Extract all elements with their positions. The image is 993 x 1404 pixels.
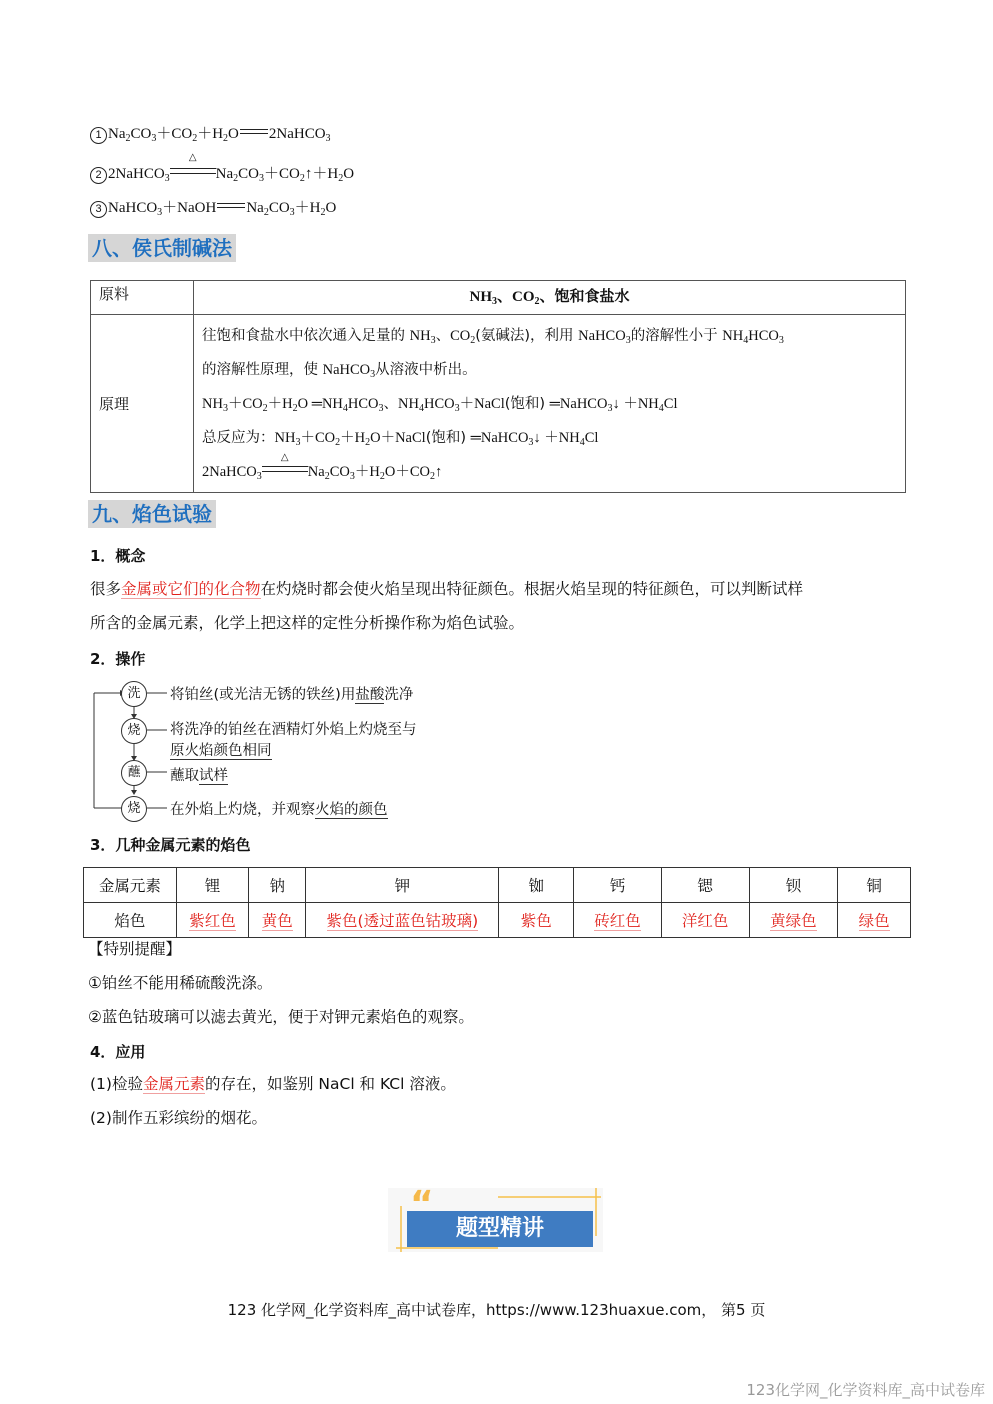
header-cell: 锂 [176,868,249,903]
table-row: 原料 NH3、CO2、饱和食盐水 [91,281,906,315]
application-heading: 4．应用 [90,1041,145,1062]
flame-colors-heading: 3．几种金属元素的焰色 [90,834,250,855]
banner-label: 题型精讲 [407,1212,593,1246]
flow-connectors-icon [147,678,169,828]
flow-node-burn-1: 烧 [121,718,147,744]
flame-color-table: 金属元素 锂 钠 钾 铷 钙 锶 钡 铜 焰色 紫红色 黄色 紫色(透过蓝色钴玻… [83,867,911,938]
header-cell: 金属元素 [84,868,177,903]
flow-step-1: 将铂丝(或光洁无锈的铁丝)用盐酸洗净 [170,683,413,704]
equation-2: 22NaHCO3△Na2CO3＋CO2↑＋H2O [90,162,354,184]
header-cell: 钡 [749,868,838,903]
equation-3: 3NaHCO3＋NaOHNa2CO3＋H2O [90,196,336,218]
heat-condition-icon: △ [262,441,308,475]
section-8-heading: 八、侯氏制碱法 [88,232,236,261]
equation-1: 1Na2CO3＋CO2＋H2O2NaHCO3 [90,122,331,144]
label-principle: 原理 [91,315,194,493]
section-9-heading: 九、焰色试验 [88,498,216,527]
label-raw-materials: 原料 [91,281,194,315]
circled-number-2: 2 [90,167,107,184]
circled-number-1: 1 [90,127,107,144]
header-cell: 锶 [661,868,749,903]
flow-node-dip: 蘸 [121,760,147,786]
flow-node-burn-2: 烧 [121,796,147,822]
flow-step-4: 在外焰上灼烧，并观察火焰的颜色 [170,798,388,819]
header-cell: 钾 [306,868,499,903]
application-list: (1)检验金属元素的存在，如鉴别 NaCl 和 KCl 溶液。 (2)制作五彩缤… [90,1067,910,1135]
header-cell: 钠 [249,868,306,903]
flow-step-2-cont: 原火焰颜色相同 [170,739,272,760]
question-types-banner: “ 题型精讲 [388,1188,603,1252]
watermark: 123化学网_化学资料库_高中试卷库 [746,1379,985,1400]
reminder-item-2: ②蓝色钴玻璃可以滤去黄光，便于对钾元素焰色的观察。 [88,1000,908,1034]
operation-flowchart: 洗 烧 蘸 烧 将铂丝(或光洁无锈的铁丝)用盐酸洗净 将洗净的铂丝在酒精灯外焰上… [90,678,450,828]
concept-paragraph: 很多金属或它们的化合物在灼烧时都会使火焰呈现出特征颜色。根据火焰呈现的特征颜色，… [90,572,910,640]
application-item-1: (1)检验金属元素的存在，如鉴别 NaCl 和 KCl 溶液。 [90,1067,910,1101]
principle-line-2: 的溶解性原理，使 NaHCO3从溶液中析出。 [202,353,897,387]
highlight-metal-compounds: 金属或它们的化合物 [121,580,261,599]
concept-line-2: 所含的金属元素，化学上把这样的定性分析操作称为焰色试验。 [90,606,910,640]
flow-step-3: 蘸取试样 [170,764,228,785]
principle-line-1: 往饱和食盐水中依次通入足量的 NH3、CO2(氨碱法)，利用 NaHCO3的溶解… [202,319,897,353]
application-item-2: (2)制作五彩缤纷的烟花。 [90,1101,910,1135]
reminder-title: 【特别提醒】 [88,932,908,966]
circled-number-3: 3 [90,201,107,218]
hou-process-table: 原料 NH3、CO2、饱和食盐水 原理 往饱和食盐水中依次通入足量的 NH3、C… [90,280,906,493]
highlight-metal-elements: 金属元素 [143,1075,205,1094]
header-cell: 钙 [574,868,662,903]
table-header-row: 金属元素 锂 钠 钾 铷 钙 锶 钡 铜 [84,868,911,903]
concept-line-1: 很多金属或它们的化合物在灼烧时都会使火焰呈现出特征颜色。根据火焰呈现的特征颜色，… [90,572,910,606]
header-cell: 铷 [499,868,574,903]
raw-materials-value: NH3、CO2、饱和食盐水 [194,281,906,315]
flow-step-2: 将洗净的铂丝在酒精灯外焰上灼烧至与 [170,718,417,739]
header-cell: 铜 [838,868,911,903]
reminder-item-1: ①铂丝不能用稀硫酸洗涤。 [88,966,908,1000]
flow-node-wash: 洗 [121,681,147,707]
concept-heading: 1．概念 [90,545,145,566]
table-row: 原理 往饱和食盐水中依次通入足量的 NH3、CO2(氨碱法)，利用 NaHCO3… [91,315,906,493]
operation-heading: 2．操作 [90,648,145,669]
principle-line-3: NH3＋CO2＋H2O ═NH4HCO3、NH4HCO3＋NaCl(饱和) ═N… [202,387,897,421]
heat-condition-icon: △ [170,152,216,163]
reminder-block: 【特别提醒】 ①铂丝不能用稀硫酸洗涤。 ②蓝色钴玻璃可以滤去黄光，便于对钾元素焰… [88,932,908,1034]
page-footer: 123 化学网_化学资料库_高中试卷库，https://www.123huaxu… [0,1299,993,1320]
principle-content: 往饱和食盐水中依次通入足量的 NH3、CO2(氨碱法)，利用 NaHCO3的溶解… [194,315,906,493]
principle-line-5: 2NaHCO3△Na2CO3＋H2O＋CO2↑ [202,455,897,489]
